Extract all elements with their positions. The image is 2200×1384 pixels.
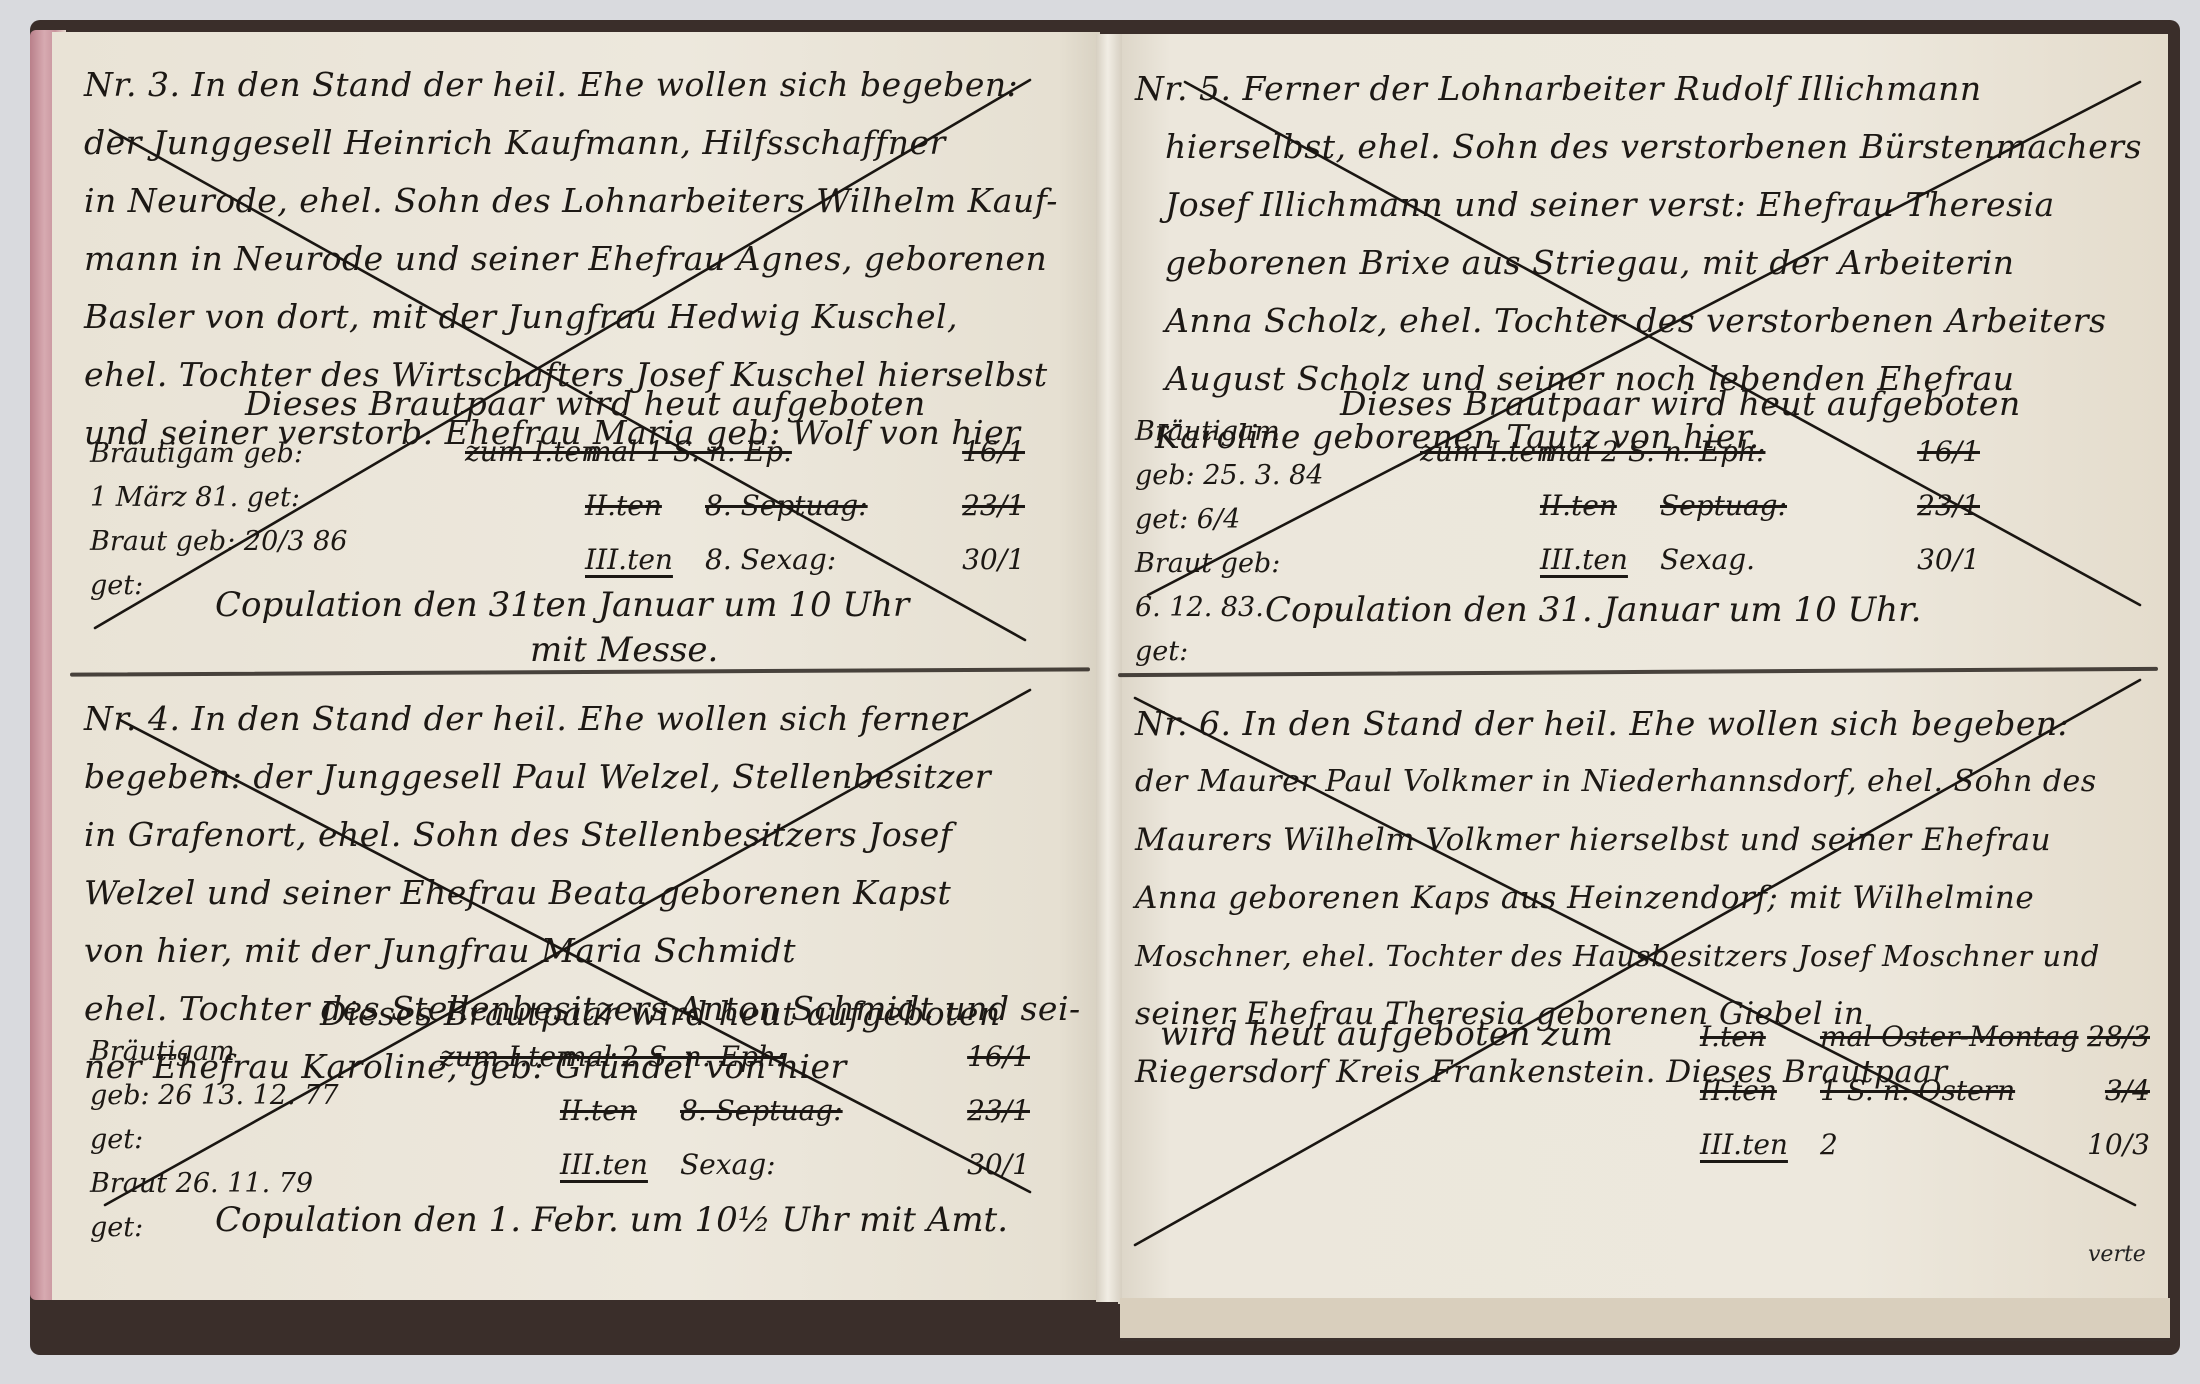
copulation-date: Copulation den 31ten Januar um 10 Uhr	[215, 585, 909, 625]
banns-row: zum I.tenmal 2 S. n. Eph:16/1	[440, 1030, 1030, 1084]
entry-text-line: geborenen Brixe aus Striegau, mit der Ar…	[1135, 234, 2155, 292]
banns-row: I.tenmal Oster-Montag28/3	[1700, 1010, 2150, 1064]
banns-row: III.ten210/3	[1700, 1118, 2150, 1172]
groom-details: Bräutigam geb: 25. 3. 84 get: 6/4 Braut …	[1135, 410, 1323, 674]
entry-text-line: in Neurode, ehel. Sohn des Lohnarbeiters…	[84, 172, 1094, 230]
banns-schedule: zum I.tenmal 2 S. n. Eph:16/1 II.tenSept…	[1420, 425, 1980, 587]
copulation-date: Copulation den 31. Januar um 10 Uhr.	[1265, 590, 1921, 630]
banns-row: II.ten1 S. n. Ostern3/4	[1700, 1064, 2150, 1118]
entry-text-line: Maurers Wilhelm Volkmer hierselbst und s…	[1135, 811, 2165, 869]
entry-text-line: der Junggesell Heinrich Kaufmann, Hilfss…	[84, 114, 1094, 172]
banns-schedule: I.tenmal Oster-Montag28/3 II.ten1 S. n. …	[1700, 1010, 2150, 1172]
banns-row: II.tenSeptuag:23/1	[1420, 479, 1980, 533]
book-spine	[1096, 34, 1122, 1302]
banns-schedule: zum I.tenmal 1 S. n. Ep.16/1 II.ten8. Se…	[465, 425, 1025, 587]
entry-text-line: hierselbst, ehel. Sohn des verstorbenen …	[1135, 118, 2155, 176]
copulation-note: mit Messe.	[530, 630, 718, 670]
entry-text-line: Anna Scholz, ehel. Tochter des verstorbe…	[1135, 292, 2155, 350]
entry-number: Nr. 6.	[1135, 704, 1232, 743]
entry-text-line: Nr. 4. In den Stand der heil. Ehe wollen…	[84, 690, 1094, 748]
entry-number: Nr. 4.	[84, 699, 181, 738]
banns-row: zum I.tenmal 1 S. n. Ep.16/1	[465, 425, 1025, 479]
banns-intro: wird heut aufgeboten zum	[1160, 1005, 1613, 1063]
entry-text-line: der Maurer Paul Volkmer in Niederhannsdo…	[1135, 753, 2165, 811]
banns-row: III.tenSexag:30/1	[440, 1138, 1030, 1192]
entry-text-line: in Grafenort, ehel. Sohn des Stellenbesi…	[84, 806, 1094, 864]
banns-row: II.ten8. Septuag:23/1	[440, 1084, 1030, 1138]
banns-row: zum I.tenmal 2 S. n. Eph:16/1	[1420, 425, 1980, 479]
entry-text-line: Nr. 6. In den Stand der heil. Ehe wollen…	[1135, 695, 2165, 753]
entry-number: Nr. 5.	[1135, 69, 1232, 108]
verte-note: verte	[2088, 1242, 2146, 1267]
entry-text-line: Basler von dort, mit der Jungfrau Hedwig…	[84, 288, 1094, 346]
entry-text-line: Nr. 5. Ferner der Lohnarbeiter Rudolf Il…	[1135, 60, 2155, 118]
banns-row: II.ten8. Septuag:23/1	[465, 479, 1025, 533]
entry-text-line: Josef Illichmann und seiner verst: Ehefr…	[1135, 176, 2155, 234]
entry-text-line: von hier, mit der Jungfrau Maria Schmidt	[84, 922, 1094, 980]
entry-text-line: Anna geborenen Kaps aus Heinzendorf; mit…	[1135, 869, 2165, 927]
banns-schedule: zum I.tenmal 2 S. n. Eph:16/1 II.ten8. S…	[440, 1030, 1030, 1192]
entry-text-line: Welzel und seiner Ehefrau Beata geborene…	[84, 864, 1094, 922]
entry-text-line: Moschner, ehel. Tochter des Hausbesitzer…	[1135, 927, 2165, 985]
banns-row: III.ten8. Sexag:30/1	[465, 533, 1025, 587]
copulation-date: Copulation den 1. Febr. um 10½ Uhr mit A…	[215, 1200, 1008, 1240]
entry-text-line: mann in Neurode und seiner Ehefrau Agnes…	[84, 230, 1094, 288]
banns-row: III.tenSexag.30/1	[1420, 533, 1980, 587]
entry-text-line: Nr. 3. In den Stand der heil. Ehe wollen…	[84, 56, 1094, 114]
groom-details: Bräutigam geb: 1 März 81. get: Braut geb…	[90, 432, 347, 608]
page-block-bottom	[1120, 1298, 2170, 1341]
entry-number: Nr. 3.	[84, 65, 181, 104]
entry-text-line: begeben: der Junggesell Paul Welzel, Ste…	[84, 748, 1094, 806]
